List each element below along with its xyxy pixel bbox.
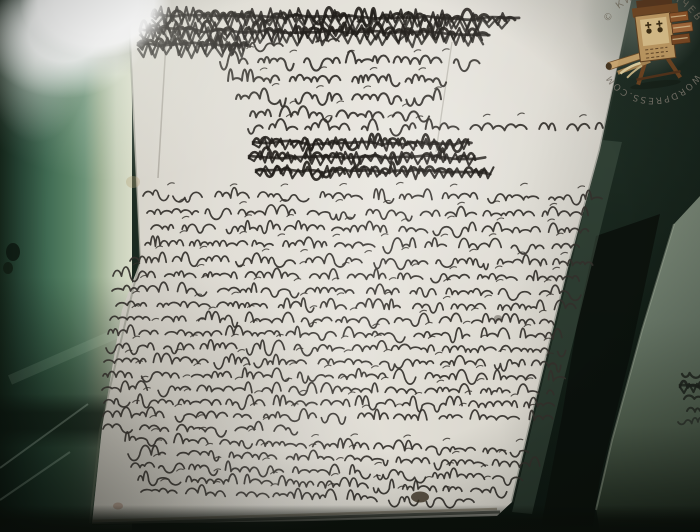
- watermark-stamp: © КИРОМИНЧЕВ WORDPRESS.COM: [592, 0, 700, 108]
- museum-photo: © КИРОМИНЧЕВ WORDPRESS.COM: [0, 0, 700, 532]
- press-leg: [668, 57, 681, 78]
- press-page: [640, 17, 669, 46]
- case-bottom-shadow: [0, 505, 700, 532]
